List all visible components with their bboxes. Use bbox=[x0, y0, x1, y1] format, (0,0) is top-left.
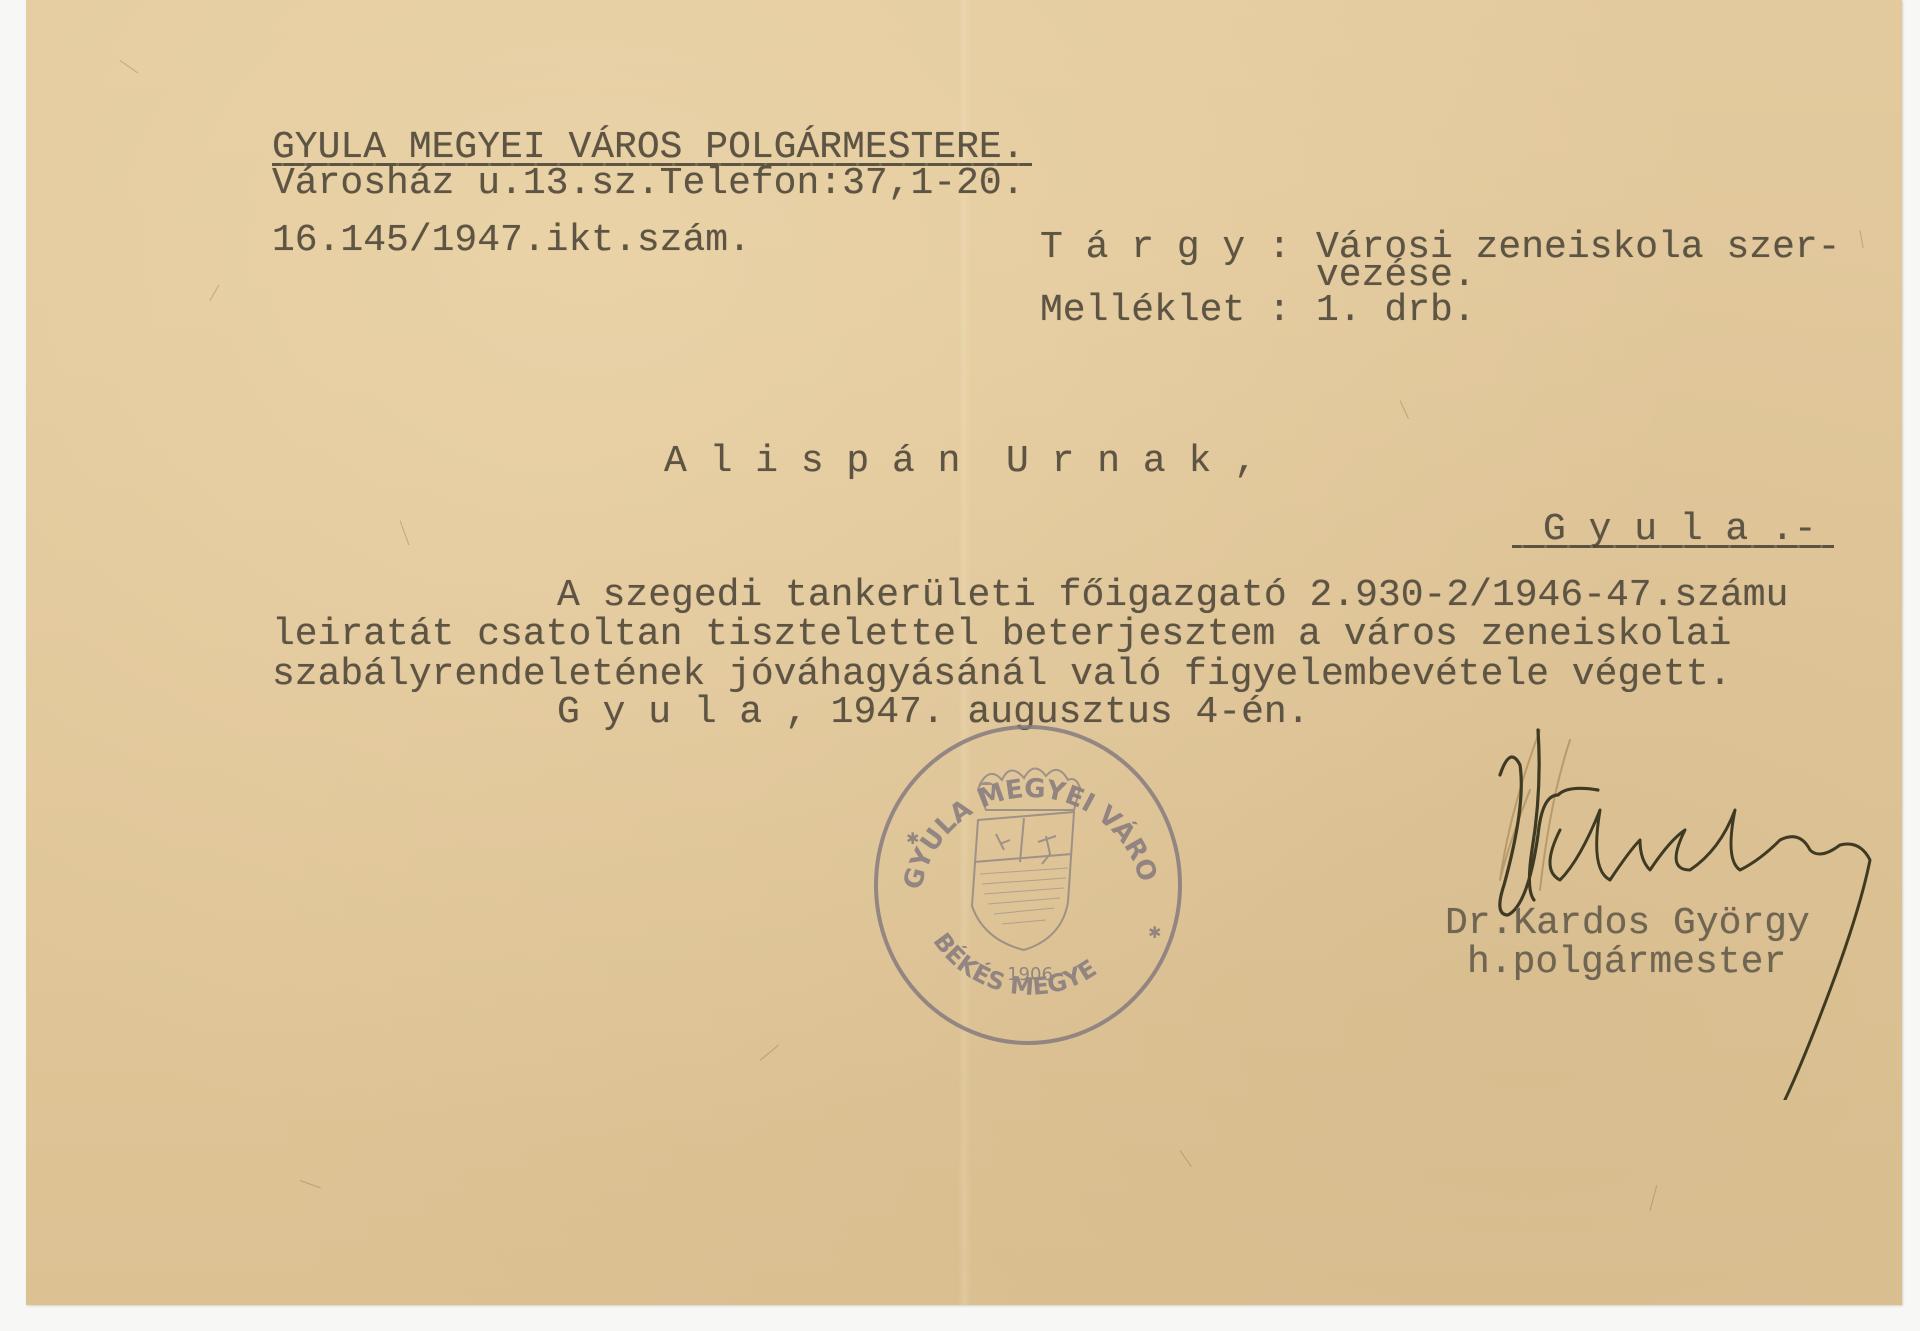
body-line-3: szabályrendeletének jóváhagyásánál való … bbox=[272, 656, 1731, 694]
body-line-1: A szegedi tankerületi főigazgató 2.930-2… bbox=[557, 577, 1788, 615]
addressee-city-underline bbox=[1512, 545, 1834, 548]
salutation: A l i s p á n U r n a k , bbox=[664, 443, 1257, 481]
stamp-top-text: GYULA MEGYEI VÁROS bbox=[868, 722, 1163, 893]
stamp-star-right-icon: ✱ bbox=[1148, 923, 1161, 942]
official-stamp: GYULA MEGYEI VÁROS BÉKÉS MEGYE 1906 ✱ ✱ bbox=[868, 722, 1188, 1048]
addressee-city: G y u l a .- bbox=[1543, 511, 1817, 549]
stamp-star-left-icon: ✱ bbox=[906, 829, 919, 848]
file-number: 16.145/1947.ikt.szám. bbox=[272, 222, 751, 260]
handwritten-signature bbox=[1460, 700, 1880, 1100]
subject-label: T á r g y : bbox=[1040, 229, 1291, 267]
signatory-name: Dr.Kardos György bbox=[1445, 905, 1810, 943]
stamp-year: 1906 bbox=[1007, 964, 1053, 985]
attachment-label: Melléklet : bbox=[1040, 292, 1291, 330]
attachment-value: 1. drb. bbox=[1316, 292, 1476, 330]
letterhead-address: Városház u.13.sz.Telefon:37,1-20. bbox=[272, 165, 1025, 203]
body-line-2: leiratát csatoltan tisztelettel beterjes… bbox=[272, 616, 1731, 654]
signatory-title: h.polgármester bbox=[1467, 944, 1786, 982]
